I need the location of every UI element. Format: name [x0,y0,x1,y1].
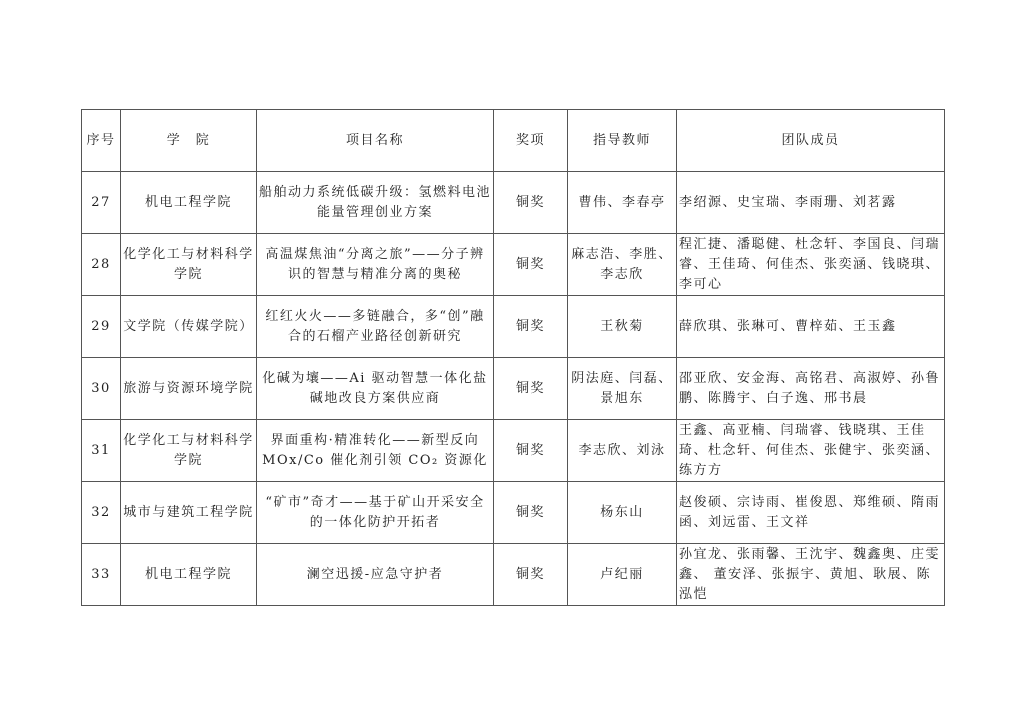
cell-college: 机电工程学院 [121,172,257,234]
cell-project: 化碱为壤——Ai 驱动智慧一体化盐碱地改良方案供应商 [257,358,494,420]
cell-index: 31 [82,420,121,482]
document-page: 序号 学 院 项目名称 奖项 指导教师 团队成员 27 机电工程学院 船舶动力系… [0,0,1024,724]
cell-members: 邵亚欣、安金海、高铭君、高淑婷、孙鲁鹏、陈腾宇、白子逸、邢书晨 [677,358,945,420]
header-advisor: 指导教师 [568,110,677,172]
cell-award: 铜奖 [494,482,568,544]
cell-index: 28 [82,234,121,296]
cell-award: 铜奖 [494,296,568,358]
cell-index: 27 [82,172,121,234]
cell-advisor: 阴法庭、闫磊、景旭东 [568,358,677,420]
cell-award: 铜奖 [494,544,568,606]
cell-award: 铜奖 [494,172,568,234]
cell-project: 红红火火——多链融合，多“创”融合的石榴产业路径创新研究 [257,296,494,358]
cell-college: 文学院（传媒学院） [121,296,257,358]
cell-award: 铜奖 [494,420,568,482]
cell-members: 赵俊硕、宗诗雨、崔俊恩、郑维硕、隋雨函、刘远雷、王文祥 [677,482,945,544]
header-index: 序号 [82,110,121,172]
table-row: 30 旅游与资源环境学院 化碱为壤——Ai 驱动智慧一体化盐碱地改良方案供应商 … [82,358,945,420]
cell-index: 32 [82,482,121,544]
cell-members: 孙宜龙、张雨馨、王沈宇、魏鑫奥、庄雯鑫、 董安泽、张振宇、黄旭、耿展、陈泓恺 [677,544,945,606]
cell-advisor: 卢纪丽 [568,544,677,606]
table-row: 31 化学化工与材料科学学院 界面重构·精准转化——新型反向MOx/Co 催化剂… [82,420,945,482]
header-college: 学 院 [121,110,257,172]
cell-index: 33 [82,544,121,606]
cell-college: 旅游与资源环境学院 [121,358,257,420]
cell-members: 李绍源、史宝瑞、李雨珊、刘茗露 [677,172,945,234]
cell-project: 船舶动力系统低碳升级：氢燃料电池能量管理创业方案 [257,172,494,234]
cell-index: 29 [82,296,121,358]
cell-award: 铜奖 [494,358,568,420]
cell-members: 程汇捷、潘聪健、杜念轩、李国良、闫瑞睿、王佳琦、何佳杰、张奕涵、钱晓琪、李可心 [677,234,945,296]
cell-award: 铜奖 [494,234,568,296]
cell-members: 薛欣琪、张琳可、曹梓茹、王玉鑫 [677,296,945,358]
cell-advisor: 王秋菊 [568,296,677,358]
table-row: 27 机电工程学院 船舶动力系统低碳升级：氢燃料电池能量管理创业方案 铜奖 曹伟… [82,172,945,234]
cell-project: “矿市”奇才——基于矿山开采安全的一体化防护开拓者 [257,482,494,544]
table-header-row: 序号 学 院 项目名称 奖项 指导教师 团队成员 [82,110,945,172]
cell-college: 化学化工与材料科学学院 [121,234,257,296]
table-row: 33 机电工程学院 澜空迅援-应急守护者 铜奖 卢纪丽 孙宜龙、张雨馨、王沈宇、… [82,544,945,606]
table-row: 28 化学化工与材料科学学院 高温煤焦油“分离之旅”——分子辨识的智慧与精准分离… [82,234,945,296]
cell-advisor: 曹伟、李春亭 [568,172,677,234]
table-row: 32 城市与建筑工程学院 “矿市”奇才——基于矿山开采安全的一体化防护开拓者 铜… [82,482,945,544]
cell-project: 澜空迅援-应急守护者 [257,544,494,606]
cell-project: 界面重构·精准转化——新型反向MOx/Co 催化剂引领 CO₂ 资源化 [257,420,494,482]
cell-advisor: 李志欣、刘泳 [568,420,677,482]
cell-college: 化学化工与材料科学学院 [121,420,257,482]
table-row: 29 文学院（传媒学院） 红红火火——多链融合，多“创”融合的石榴产业路径创新研… [82,296,945,358]
cell-project: 高温煤焦油“分离之旅”——分子辨识的智慧与精准分离的奥秘 [257,234,494,296]
cell-advisor: 杨东山 [568,482,677,544]
cell-college: 机电工程学院 [121,544,257,606]
cell-college: 城市与建筑工程学院 [121,482,257,544]
cell-index: 30 [82,358,121,420]
header-project: 项目名称 [257,110,494,172]
cell-advisor: 麻志浩、李胜、李志欣 [568,234,677,296]
header-award: 奖项 [494,110,568,172]
awards-table: 序号 学 院 项目名称 奖项 指导教师 团队成员 27 机电工程学院 船舶动力系… [81,109,945,606]
cell-members: 王鑫、高亚楠、闫瑞睿、钱晓琪、王佳琦、杜念轩、何佳杰、张健宇、张奕涵、练方方 [677,420,945,482]
header-members: 团队成员 [677,110,945,172]
